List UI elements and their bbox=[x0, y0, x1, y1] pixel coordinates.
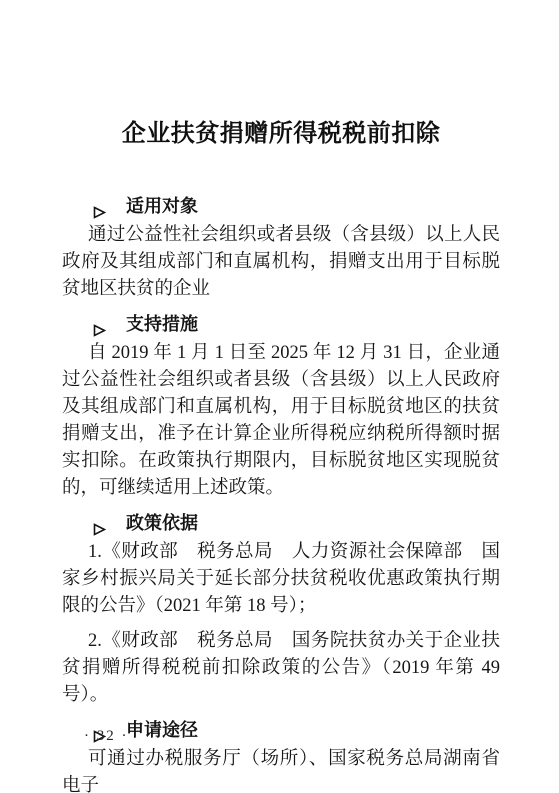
page-number: · 32 · bbox=[84, 726, 129, 746]
section-heading-support-measures: 支持措施 bbox=[62, 311, 500, 338]
section-heading-label: 支持措施 bbox=[126, 311, 198, 338]
section-heading-label: 政策依据 bbox=[126, 510, 198, 537]
document-page: 企业扶贫捐赠所得税税前扣除 适用对象 通过公益性社会组织或者县级（含县级）以上人… bbox=[0, 0, 559, 793]
section-heading-label: 申请途径 bbox=[126, 717, 198, 744]
section-heading-applicable-objects: 适用对象 bbox=[62, 193, 500, 220]
arrow-bullet-icon bbox=[93, 517, 106, 530]
page-content: 企业扶贫捐赠所得税税前扣除 适用对象 通过公益性社会组织或者县级（含县级）以上人… bbox=[62, 0, 500, 793]
section-heading-label: 适用对象 bbox=[126, 193, 198, 220]
page-title: 企业扶贫捐赠所得税税前扣除 bbox=[62, 119, 500, 149]
policy-item-2: 2.《财政部 税务总局 国务院扶贫办关于企业扶贫捐赠所得税税前扣除政策的公告》（… bbox=[62, 628, 500, 709]
section-heading-policy-basis: 政策依据 bbox=[62, 510, 500, 537]
arrow-bullet-icon bbox=[93, 200, 106, 213]
paragraph: 可通过办税服务厅（场所）、国家税务总局湖南省电子 bbox=[62, 746, 500, 793]
policy-item-1: 1.《财政部 税务总局 人力资源社会保障部 国家乡村振兴局关于延长部分扶贫税收优… bbox=[62, 539, 500, 620]
paragraph: 自 2019 年 1 月 1 日至 2025 年 12 月 31 日，企业通过公… bbox=[62, 340, 500, 502]
paragraph: 通过公益性社会组织或者县级（含县级）以上人民政府及其组成部门和直属机构，捐赠支出… bbox=[62, 222, 500, 303]
arrow-bullet-icon bbox=[93, 318, 106, 331]
